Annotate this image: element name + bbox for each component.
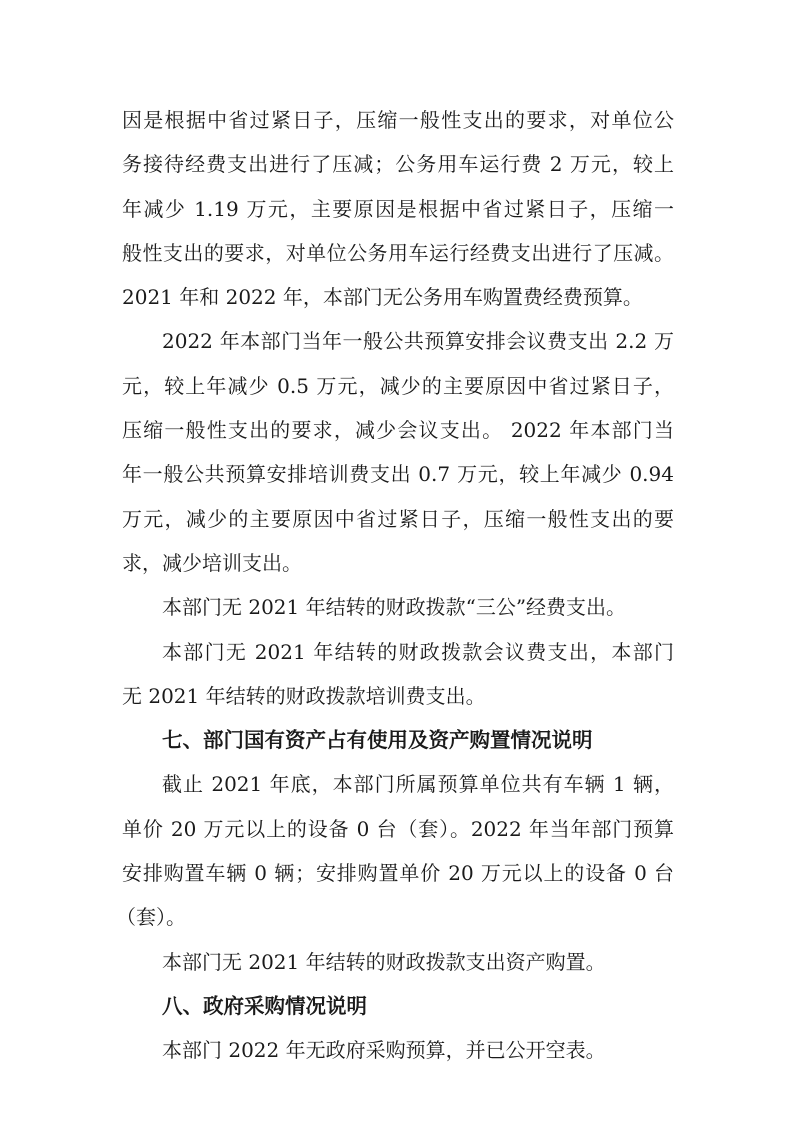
text-line: 本部门无 2021 年结转的财政拨款会议费支出，本部门 bbox=[122, 630, 674, 674]
section-heading: 七、部门国有资产占有使用及资产购置情况说明 bbox=[122, 718, 674, 762]
paragraph-carryover-meeting-training: 本部门无 2021 年结转的财政拨款会议费支出，本部门 无 2021 年结转的财… bbox=[122, 630, 674, 719]
text-line: 本部门 2022 年无政府采购预算，并已公开空表。 bbox=[122, 1028, 674, 1072]
text-line: 2021 年和 2022 年，本部门无公务用车购置费经费预算。 bbox=[122, 275, 674, 319]
document-page: 因是根据中省过紧日子，压缩一般性支出的要求，对单位公 务接待经费支出进行了压减；… bbox=[122, 98, 674, 1073]
paragraph-carryover-assets: 本部门无 2021 年结转的财政拨款支出资产购置。 bbox=[122, 940, 674, 984]
section-heading: 八、政府采购情况说明 bbox=[122, 984, 674, 1028]
paragraph-carryover-sangong: 本部门无 2021 年结转的财政拨款“三公”经费支出。 bbox=[122, 585, 674, 629]
text-line: 无 2021 年结转的财政拨款培训费支出。 bbox=[122, 674, 674, 718]
paragraph-meeting-training-expenses: 2022 年本部门当年一般公共预算安排会议费支出 2.2 万 元，较上年减少 0… bbox=[122, 319, 674, 585]
text-line: 单价 20 万元以上的设备 0 台（套）。2022 年当年部门预算 bbox=[122, 807, 674, 851]
paragraph-assets: 截止 2021 年底，本部门所属预算单位共有车辆 1 辆， 单价 20 万元以上… bbox=[122, 762, 674, 939]
text-line: 务接待经费支出进行了压减；公务用车运行费 2 万元，较上 bbox=[122, 142, 674, 186]
text-line: （套）。 bbox=[116, 895, 674, 939]
text-line: 年一般公共预算安排培训费支出 0.7 万元，较上年减少 0.94 bbox=[122, 452, 674, 496]
text-line: 安排购置车辆 0 辆；安排购置单价 20 万元以上的设备 0 台 bbox=[122, 851, 674, 895]
paragraph-official-vehicle-expenses: 因是根据中省过紧日子，压缩一般性支出的要求，对单位公 务接待经费支出进行了压减；… bbox=[122, 98, 674, 319]
text-line: 求，减少培训支出。 bbox=[122, 541, 674, 585]
paragraph-procurement: 本部门 2022 年无政府采购预算，并已公开空表。 bbox=[122, 1028, 674, 1072]
text-line: 般性支出的要求，对单位公务用车运行经费支出进行了压减。 bbox=[122, 231, 674, 275]
text-line: 本部门无 2021 年结转的财政拨款支出资产购置。 bbox=[122, 940, 674, 984]
text-line: 万元，减少的主要原因中省过紧日子，压缩一般性支出的要 bbox=[122, 497, 674, 541]
text-line: 因是根据中省过紧日子，压缩一般性支出的要求，对单位公 bbox=[122, 98, 674, 142]
text-line: 压缩一般性支出的要求，减少会议支出。 2022 年本部门当 bbox=[122, 408, 674, 452]
section-state-owned-assets: 七、部门国有资产占有使用及资产购置情况说明 截止 2021 年底，本部门所属预算… bbox=[122, 718, 674, 984]
text-line: 元，较上年减少 0.5 万元，减少的主要原因中省过紧日子， bbox=[122, 364, 674, 408]
section-government-procurement: 八、政府采购情况说明 本部门 2022 年无政府采购预算，并已公开空表。 bbox=[122, 984, 674, 1073]
text-line: 年减少 1.19 万元，主要原因是根据中省过紧日子，压缩一 bbox=[122, 187, 674, 231]
text-line: 2022 年本部门当年一般公共预算安排会议费支出 2.2 万 bbox=[122, 319, 674, 363]
text-line: 本部门无 2021 年结转的财政拨款“三公”经费支出。 bbox=[122, 585, 674, 629]
text-line: 截止 2021 年底，本部门所属预算单位共有车辆 1 辆， bbox=[122, 762, 674, 806]
